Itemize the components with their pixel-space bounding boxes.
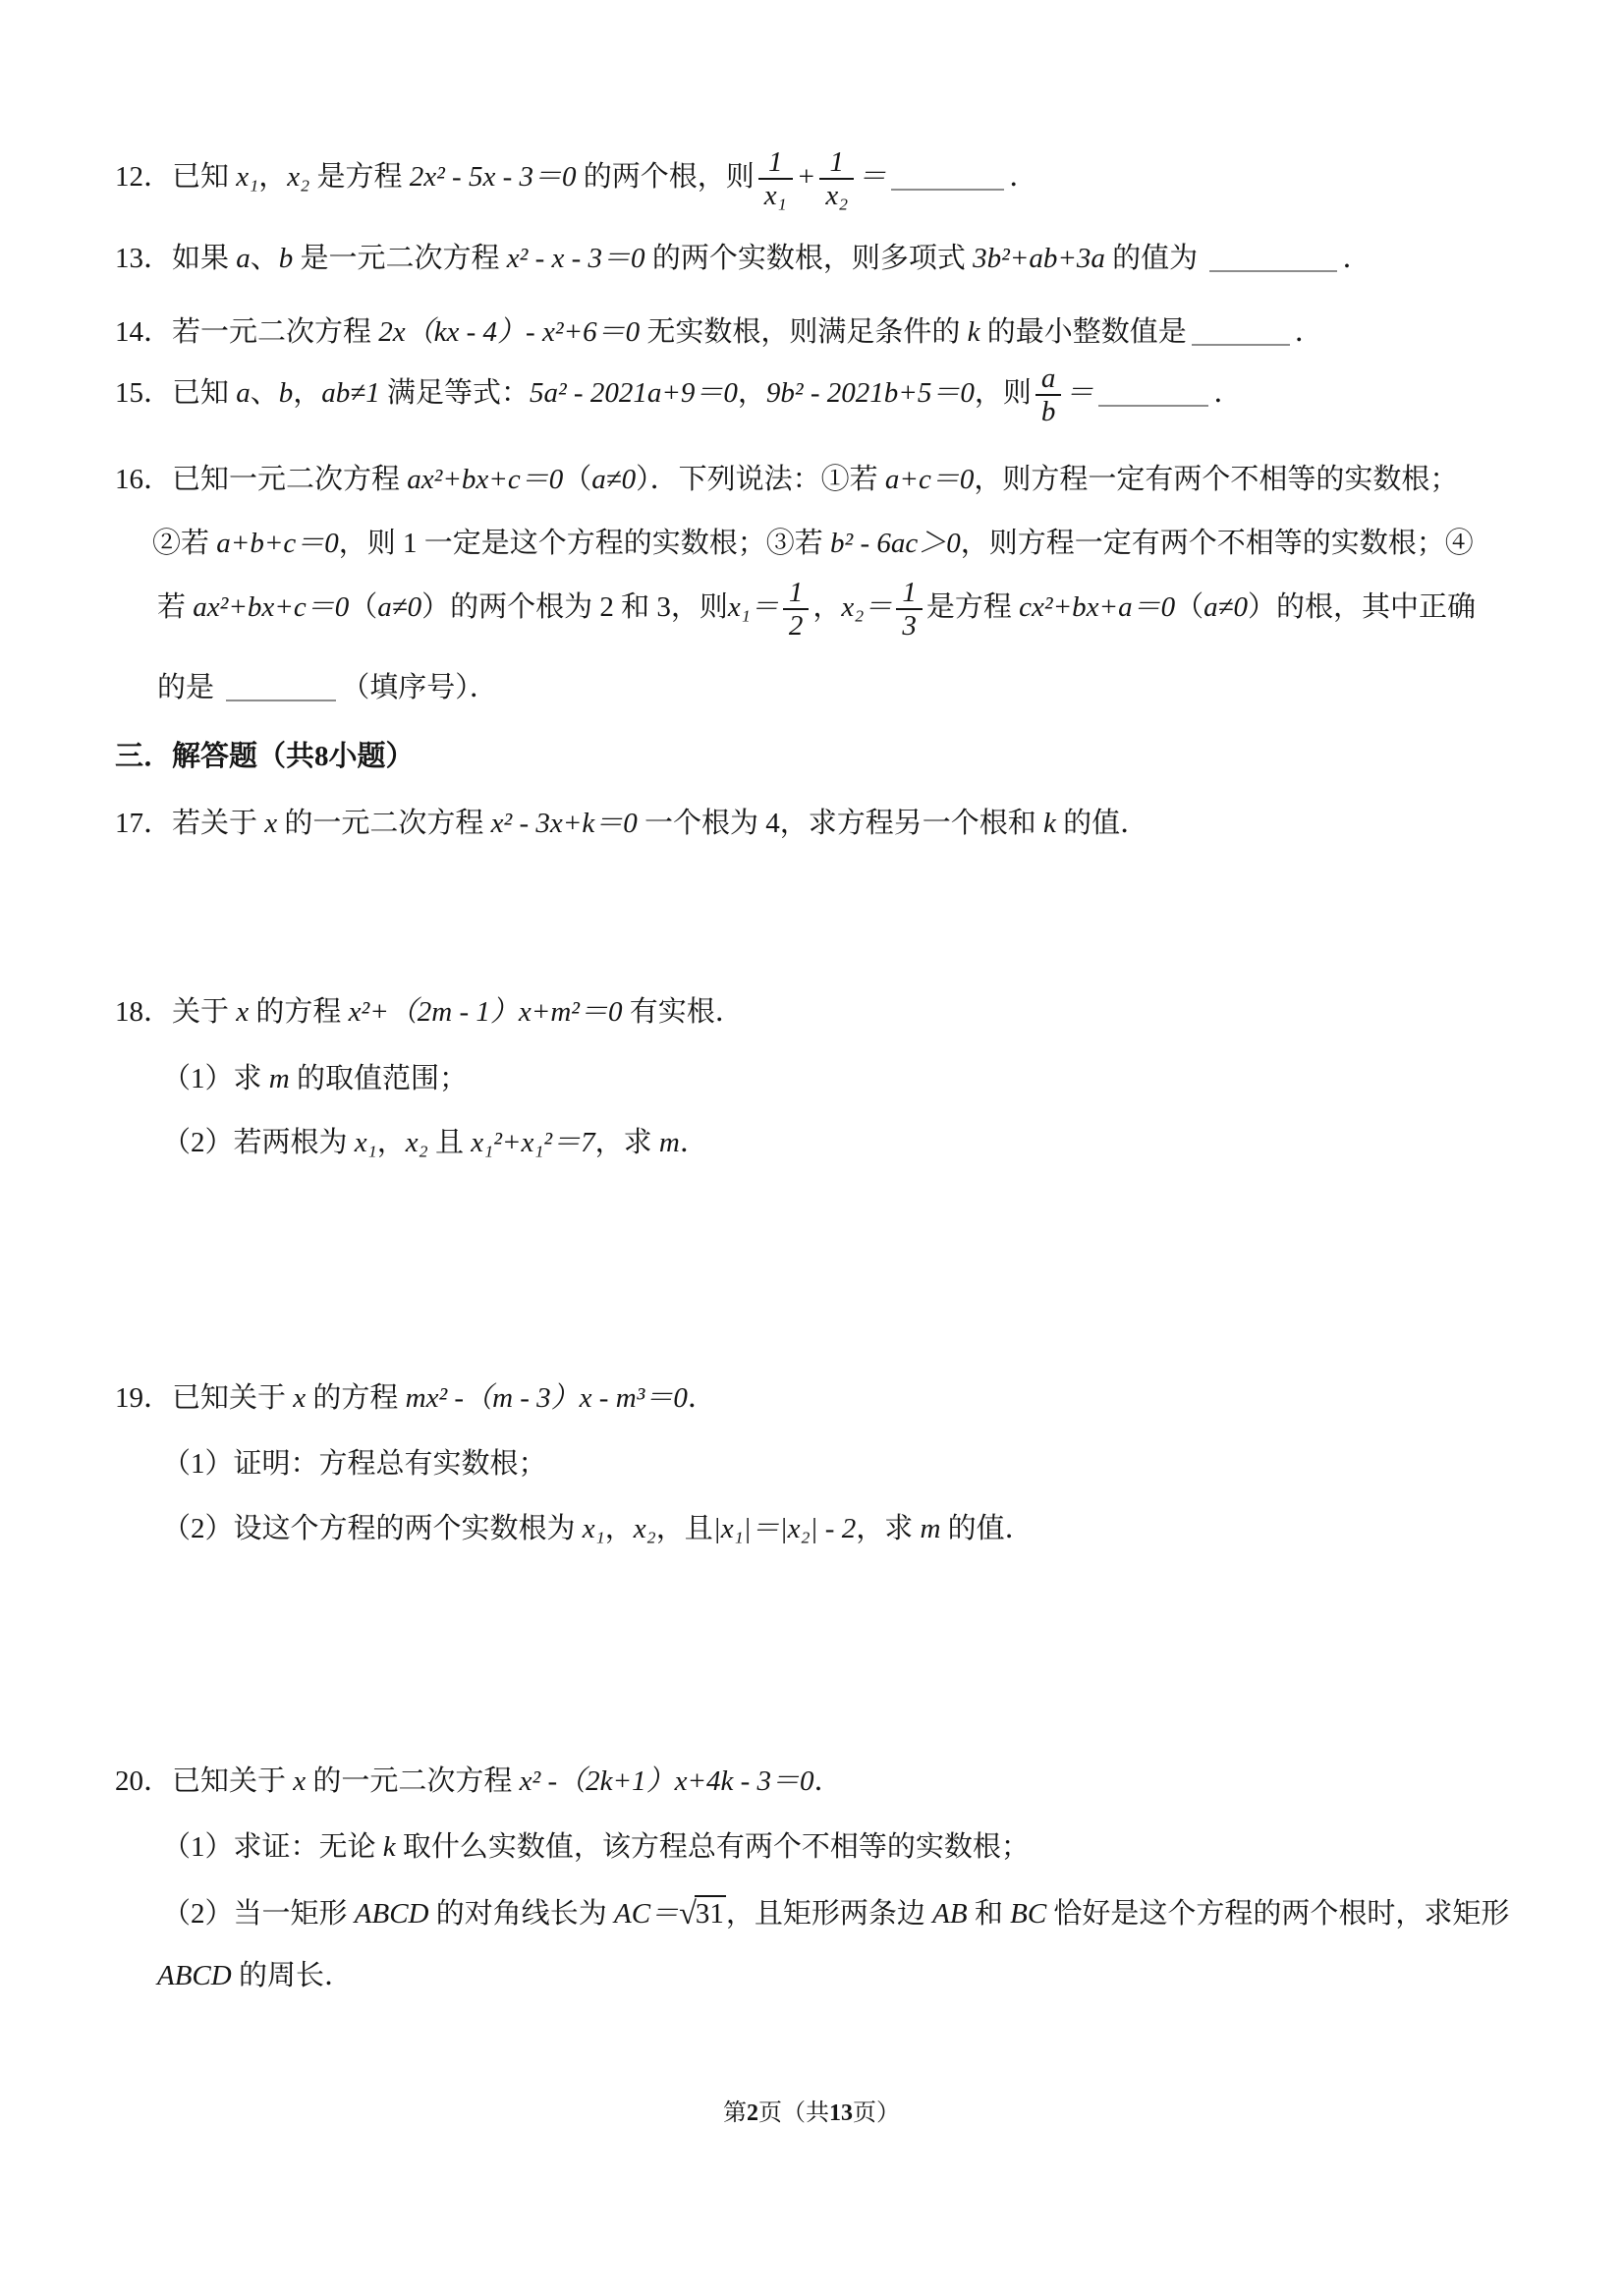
math-run: 2x（kx - 4）- x²+6＝0 (378, 316, 640, 348)
math-run: x (293, 1765, 306, 1797)
text-run: 、 (251, 243, 279, 274)
math-run: ABCD (355, 1898, 429, 1930)
text-run: 的方程 (249, 996, 349, 1028)
text-run: 13．如果 (115, 243, 236, 274)
text-run: 且 (428, 1127, 472, 1158)
text-run: 的最小整数值是 (979, 316, 1186, 348)
math-run: x₂ (287, 161, 309, 193)
text-run: 的值． (940, 1513, 1033, 1544)
math-run: 3b²+ab+3a (973, 243, 1105, 274)
text-run: 16．已知一元二次方程 (115, 464, 407, 495)
fraction: 12 (783, 578, 810, 642)
math-run: a≠0 (377, 591, 421, 623)
text-run: ， (738, 377, 766, 409)
fraction: 13 (896, 578, 923, 642)
math-run: x² - x - 3＝0 (507, 243, 645, 274)
text-run: （1）求 (162, 1063, 269, 1094)
fraction-numerator: 1 (783, 578, 810, 610)
text-run: 20．已知关于 (115, 1765, 293, 1797)
text-run: 的周长． (232, 1960, 353, 1991)
math-run: x² - 3x+k＝0 (491, 808, 638, 839)
text-run: （填序号）． (341, 672, 498, 703)
blank-underline (226, 699, 336, 701)
fraction-denominator: 2 (783, 610, 810, 641)
math-run: x₁ (583, 1513, 605, 1544)
text-run: 17．若关于 (115, 808, 264, 839)
text-run: 第 (723, 2100, 747, 2126)
fraction-numerator: 1 (758, 147, 793, 180)
text-run: ， (812, 591, 841, 623)
math-run: ABCD (157, 1960, 232, 1991)
blank-underline (1098, 404, 1208, 407)
math-run: AB (932, 1898, 967, 1930)
text-run: ． (1213, 377, 1242, 409)
math-run: m (659, 1127, 680, 1158)
problem-20-sub-2-line-2: ABCD 的周长． (157, 1958, 353, 1993)
text-run: 的对角线长为 (428, 1898, 614, 1930)
math-run: x₁²+x₁²＝7 (471, 1127, 594, 1158)
math-run: k (1043, 808, 1056, 839)
math-run: b² - 6ac＞0 (830, 528, 961, 559)
math-run: ab≠1 (321, 377, 379, 409)
text-run: 页（共 (758, 2100, 829, 2126)
problem-19-sub-2: （2）设这个方程的两个实数根为 x₁，x₂，且|x₁|＝|x₂| - 2，求 m… (162, 1511, 1034, 1546)
math-run: a≠0 (1203, 591, 1248, 623)
radicand: 31 (695, 1895, 726, 1930)
math-run: 5a² - 2021a+9＝0 (530, 377, 738, 409)
math-run: a (236, 243, 251, 274)
fraction-denominator: b (1035, 396, 1062, 426)
text-run: 12．已知 (115, 161, 236, 193)
math-run: BC (1010, 1898, 1046, 1930)
fraction-denominator: 3 (896, 610, 923, 641)
document-page: 12．已知 x₁，x₂ 是方程 2x² - 5x - 3＝0 的两个根，则1x₁… (0, 0, 1623, 2296)
math-run: |x₁|＝|x₂| - 2 (713, 1513, 856, 1544)
text-run: （2）若两根为 (162, 1127, 355, 1158)
problem-16-line-3: 若 ax²+bx+c＝0（a≠0）的两个根为 2 和 3，则x₁＝12，x₂＝1… (157, 578, 1476, 642)
text-run: ． (1295, 316, 1323, 348)
math-run: x₂ (406, 1127, 428, 1158)
text-run: ． (814, 1765, 843, 1797)
math-run: x (236, 996, 249, 1028)
text-run: 的值． (1056, 808, 1148, 839)
text-run: （1）求证：无论 (162, 1831, 383, 1863)
math-run: AC＝ (614, 1898, 679, 1930)
text-run: 页） (853, 2100, 900, 2126)
fraction-denominator: x₁ (758, 180, 793, 210)
text-run: 的一元二次方程 (306, 1765, 520, 1797)
problem-17: 17．若关于 x 的一元二次方程 x² - 3x+k＝0 一个根为 4，求方程另… (115, 806, 1148, 841)
problem-13: 13．如果 a、b 是一元二次方程 x² - x - 3＝0 的两个实数根，则多… (115, 241, 1371, 276)
text-run: ， (258, 161, 287, 193)
fraction: 1x₁ (758, 147, 793, 211)
text-run: ，且矩形两条边 (726, 1898, 932, 1930)
text-run: 14．若一元二次方程 (115, 316, 378, 348)
math-run: x₁ (355, 1127, 377, 1158)
text-run: 取什么实数值，该方程总有两个不相等的实数根； (396, 1831, 1030, 1863)
problem-16-line-1: 16．已知一元二次方程 ax²+bx+c＝0（a≠0）．下列说法：①若 a+c＝… (115, 462, 1458, 497)
math-run: a (236, 377, 251, 409)
problem-16-line-2: ②若 a+b+c＝0，则 1 一定是这个方程的实数根；③若 b² - 6ac＞0… (152, 526, 1474, 561)
text-run: 的一元二次方程 (277, 808, 491, 839)
math-run: x (293, 1382, 306, 1414)
blank-underline (1192, 343, 1290, 346)
text-run: （ (563, 464, 591, 495)
fraction-denominator: x₂ (819, 180, 854, 210)
text-run: 、 (251, 377, 279, 409)
math-run: b (279, 243, 294, 274)
fraction-numerator: 1 (819, 147, 854, 180)
text-run: ， (293, 377, 321, 409)
math-run: mx² -（m - 3）x - m³＝0 (406, 1382, 688, 1414)
problem-15: 15．已知 a、b，ab≠1 满足等式：5a² - 2021a+9＝0，9b² … (115, 364, 1242, 427)
blank-underline (891, 188, 1004, 191)
text-run: 是方程 (926, 591, 1019, 623)
text-run: ， (605, 1513, 634, 1544)
problem-14: 14．若一元二次方程 2x（kx - 4）- x²+6＝0 无实数根，则满足条件… (115, 314, 1323, 350)
text-run: ， (377, 1127, 406, 1158)
text-run: ，则 (975, 377, 1032, 409)
section-3-header: 三．解答题（共8小题） (115, 739, 415, 774)
text-run: 的两个实数根，则多项式 (645, 243, 974, 274)
problem-19-sub-1: （1）证明：方程总有实数根； (162, 1446, 547, 1482)
text-run: ，求 (856, 1513, 920, 1544)
text-run: （2）设这个方程的两个实数根为 (162, 1513, 583, 1544)
math-run: 9b² - 2021b+5＝0 (766, 377, 975, 409)
text-run: ）．下列说法：①若 (636, 464, 885, 495)
math-run: x₂ (634, 1513, 656, 1544)
math-run: x₁ (236, 161, 258, 193)
problem-18: 18．关于 x 的方程 x²+（2m - 1）x+m²＝0 有实根． (115, 994, 744, 1030)
text-run: 一个根为 4，求方程另一个根和 (638, 808, 1043, 839)
sqrt-expression: √31 (679, 1894, 726, 1934)
text-run: ． (680, 1127, 708, 1158)
text-run: 的方程 (306, 1382, 406, 1414)
math-run: x² -（2k+1）x+4k - 3＝0 (520, 1765, 814, 1797)
text-run: 是一元二次方程 (293, 243, 507, 274)
text-run: （ (1175, 591, 1203, 623)
text-run: ． (1342, 243, 1371, 274)
text-run: 的取值范围； (290, 1063, 468, 1094)
math-run: x²+（2m - 1）x+m²＝0 (349, 996, 623, 1028)
blank-underline (1209, 269, 1337, 272)
math-run: x (264, 808, 277, 839)
text-run: ． (1009, 161, 1037, 193)
math-run: a≠0 (591, 464, 636, 495)
fraction-numerator: 1 (896, 578, 923, 610)
math-run: x₂＝ (841, 591, 892, 623)
problem-20: 20．已知关于 x 的一元二次方程 x² -（2k+1）x+4k - 3＝0． (115, 1764, 843, 1799)
math-run: ＝ (858, 161, 886, 193)
fraction: 1x₂ (819, 147, 854, 211)
text-run: 是方程 (309, 161, 410, 193)
text-run: ）的根，其中正确 (1248, 591, 1476, 623)
problem-12: 12．已知 x₁，x₂ 是方程 2x² - 5x - 3＝0 的两个根，则1x₁… (115, 147, 1037, 211)
text-run: ，则方程一定有两个不相等的实数根；④ (961, 528, 1474, 559)
text-run: 18．关于 (115, 996, 236, 1028)
text-run: 19．已知关于 (115, 1382, 293, 1414)
math-run: + (797, 161, 816, 193)
math-run: k (968, 316, 980, 348)
math-run: 2x² - 5x - 3＝0 (410, 161, 577, 193)
text-run: 的两个根，则 (577, 161, 755, 193)
bold-text-run: 2 (747, 2100, 758, 2126)
problem-20-sub-2-line-1: （2）当一矩形 ABCD 的对角线长为 AC＝√31，且矩形两条边 AB 和 B… (162, 1894, 1509, 1934)
math-run: b (279, 377, 294, 409)
text-run: 无实数根，则满足条件的 (640, 316, 968, 348)
text-run: （2）当一矩形 (162, 1898, 355, 1930)
text-run: 和 (968, 1898, 1011, 1930)
math-run: m (920, 1513, 940, 1544)
fraction: ab (1035, 364, 1062, 427)
page-footer: 第2页（共13页） (0, 2099, 1623, 2128)
problem-16-line-4: 的是 （填序号）． (157, 670, 498, 705)
math-run: a+c＝0 (885, 464, 974, 495)
math-run: ＝ (1065, 377, 1093, 409)
text-run: 若 (157, 591, 193, 623)
text-run: ）的两个根为 2 和 3，则 (421, 591, 728, 623)
text-run: ，且 (656, 1513, 713, 1544)
text-run: 满足等式： (380, 377, 530, 409)
text-run: ． (688, 1382, 716, 1414)
math-run: cx²+bx+a＝0 (1019, 591, 1175, 623)
problem-20-sub-1: （1）求证：无论 k 取什么实数值，该方程总有两个不相等的实数根； (162, 1829, 1030, 1865)
math-run: ax²+bx+c＝0 (407, 464, 563, 495)
text-run: （1）证明：方程总有实数根； (162, 1448, 547, 1480)
problem-18-sub-1: （1）求 m 的取值范围； (162, 1061, 468, 1096)
text-run: ，则 1 一定是这个方程的实数根；③若 (339, 528, 830, 559)
text-run: ，则方程一定有两个不相等的实数根； (974, 464, 1458, 495)
text-run: 15．已知 (115, 377, 236, 409)
text-run: ②若 (152, 528, 216, 559)
text-run: （ (349, 591, 377, 623)
math-run: ax²+bx+c＝0 (193, 591, 349, 623)
problem-19: 19．已知关于 x 的方程 mx² -（m - 3）x - m³＝0． (115, 1380, 716, 1416)
math-run: m (269, 1063, 290, 1094)
math-run: x₁＝ (728, 591, 779, 623)
text-run: 恰好是这个方程的两个根时，求矩形 (1046, 1898, 1509, 1930)
bold-text-run: 13 (829, 2100, 853, 2126)
text-run: 的是 (157, 672, 221, 703)
text-run: 的值为 (1105, 243, 1205, 274)
math-run: k (383, 1831, 396, 1863)
text-run: 有实根． (622, 996, 743, 1028)
math-run: a+b+c＝0 (216, 528, 339, 559)
fraction-numerator: a (1035, 364, 1062, 396)
problem-18-sub-2: （2）若两根为 x₁，x₂ 且 x₁²+x₁²＝7，求 m． (162, 1125, 708, 1160)
text-run: ，求 (595, 1127, 659, 1158)
